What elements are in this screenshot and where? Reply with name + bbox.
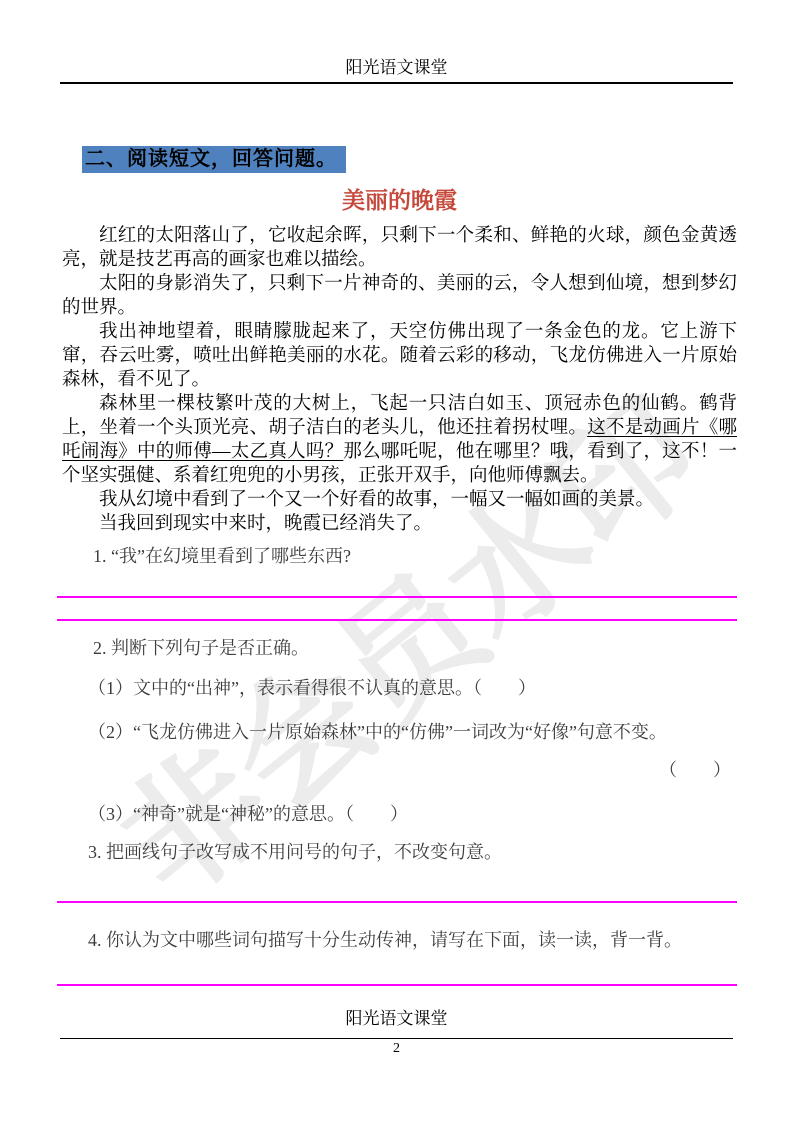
question-1: 1. “我”在幻境里看到了哪些东西? [62, 544, 768, 568]
question-2-item-3: （3）“神奇”就是“神秘”的意思。（ ） [62, 802, 737, 826]
passage-paragraph: 森林里一棵枝繁叶茂的大树上，飞起一只洁白如玉、顶冠赤色的仙鹤。鹤背上，坐着一个头… [62, 392, 737, 488]
page-number: 2 [60, 1041, 733, 1057]
passage-paragraph: 红红的太阳落山了，它收起余晖，只剩下一个柔和、鲜艳的火球，颜色金黄透亮，就是技艺… [62, 224, 737, 272]
answer-line [57, 619, 737, 621]
page-footer: 阳光语文课堂 [60, 1008, 733, 1030]
page-header: 阳光语文课堂 [60, 57, 733, 79]
answer-line [57, 596, 737, 598]
passage-paragraph: 我出神地望着，眼睛朦胧起来了，天空仿佛出现了一条金色的龙。它上游下窜，吞云吐雾，… [62, 320, 737, 392]
worksheet-page: 非会员水印 阳光语文课堂 二、阅读短文，回答问题。 美丽的晚霞 红红的太阳落山了… [0, 0, 793, 1122]
passage-paragraph: 我从幻境中看到了一个又一个好看的故事，一幅又一幅如画的美景。 [62, 488, 737, 512]
question-2: 2. 判断下列句子是否正确。 [62, 636, 768, 660]
passage-paragraph: 太阳的身影消失了，只剩下一片神奇的、美丽的云，令人想到仙境，想到梦幻的世界。 [62, 272, 737, 320]
question-2-item-2-bracket: （ ） [62, 758, 737, 782]
question-2-item-1: （1）文中的“出神”，表示看得很不认真的意思。（ ） [62, 676, 737, 700]
passage-body: 红红的太阳落山了，它收起余晖，只剩下一个柔和、鲜艳的火球，颜色金黄透亮，就是技艺… [62, 224, 737, 536]
answer-line [57, 901, 737, 903]
question-4: 4. 你认为文中哪些词句描写十分生动传神，请写在下面，读一读，背一背。 [62, 928, 737, 952]
question-3: 3. 把画线句子改写成不用问号的句子，不改变句意。 [62, 840, 737, 864]
footer-divider [60, 1038, 733, 1039]
section-heading: 二、阅读短文，回答问题。 [82, 146, 346, 173]
question-2-item-2: （2）“飞龙仿佛进入一片原始森林”中的“仿佛”一词改为“好像”句意不变。 [62, 720, 737, 744]
passage-paragraph: 当我回到现实中来时，晚霞已经消失了。 [62, 512, 737, 536]
passage-title: 美丽的晚霞 [62, 187, 737, 213]
header-divider [60, 82, 733, 84]
answer-line [57, 984, 737, 986]
